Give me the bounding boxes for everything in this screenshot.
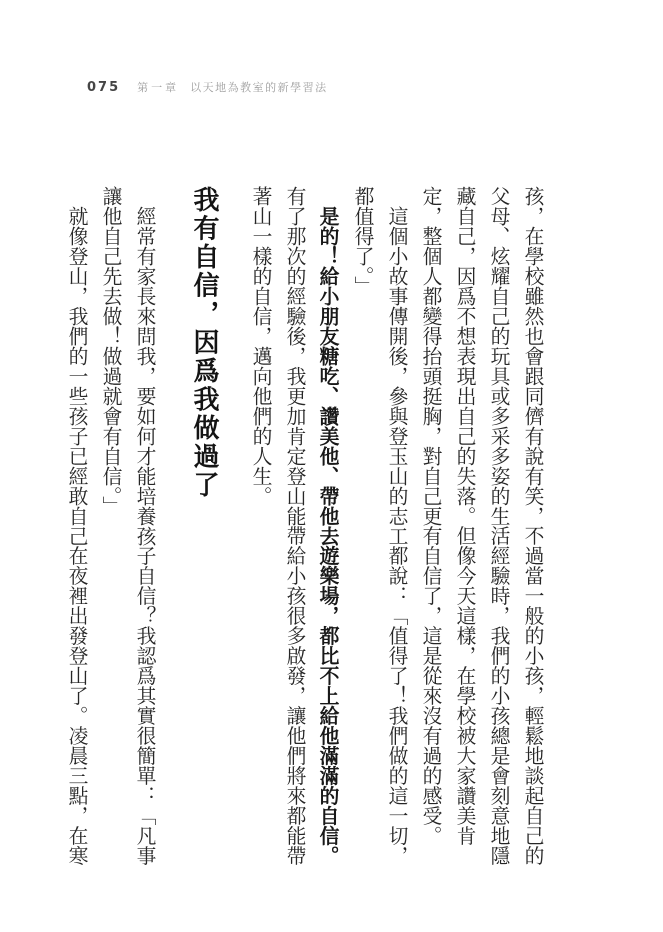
bold-emphasis-text: 是的！給小朋友糖吃、讚美他、帶他去遊樂場，都比不上給他滿滿的自信。 <box>316 206 340 866</box>
chapter-title: 以天地為教室的新學習法 <box>190 79 328 95</box>
running-header: 075 第一章 以天地為教室的新學習法 <box>87 79 328 95</box>
section-heading: 我有自信，因爲我做過了 <box>187 186 221 883</box>
body-text: 孩，在學校雖然也會跟同儕有說有笑，不過當一般的小孩，輕鬆地談起自己的父母、炫耀自… <box>59 186 549 883</box>
paragraph-parents-question: 經常有家長來問我，要如何才能培養孩子自信？我認爲其實很簡單：「凡事讓他自己先去做… <box>93 186 161 883</box>
page-number: 075 <box>87 80 120 95</box>
chapter-label: 第一章 <box>137 79 179 95</box>
paragraph-continuation: 孩，在學校雖然也會跟同儕有說有笑，不過當一般的小孩，輕鬆地談起自己的父母、炫耀自… <box>413 186 549 883</box>
paragraph-volunteers-quote: 這個小故事傳開後，參與登玉山的志工都說：「值得了！我們做的這一切，都值得了。」 <box>345 186 413 883</box>
paragraph-confidence-rest: 有了那次的經驗後，我更加肯定登山能帶給小孩很多啟發，讓他們將來都能帶著山一樣的自… <box>249 186 306 866</box>
paragraph-night-climb: 就像登山，我們的一些孩子已經敢自己在夜裡出發登山了。凌晨三點，在寒 <box>59 186 93 883</box>
paragraph-confidence: 是的！給小朋友糖吃、讚美他、帶他去遊樂場，都比不上給他滿滿的自信。有了那次的經驗… <box>243 186 345 883</box>
book-page: 075 第一章 以天地為教室的新學習法 孩，在學校雖然也會跟同儕有說有笑，不過當… <box>0 0 663 932</box>
